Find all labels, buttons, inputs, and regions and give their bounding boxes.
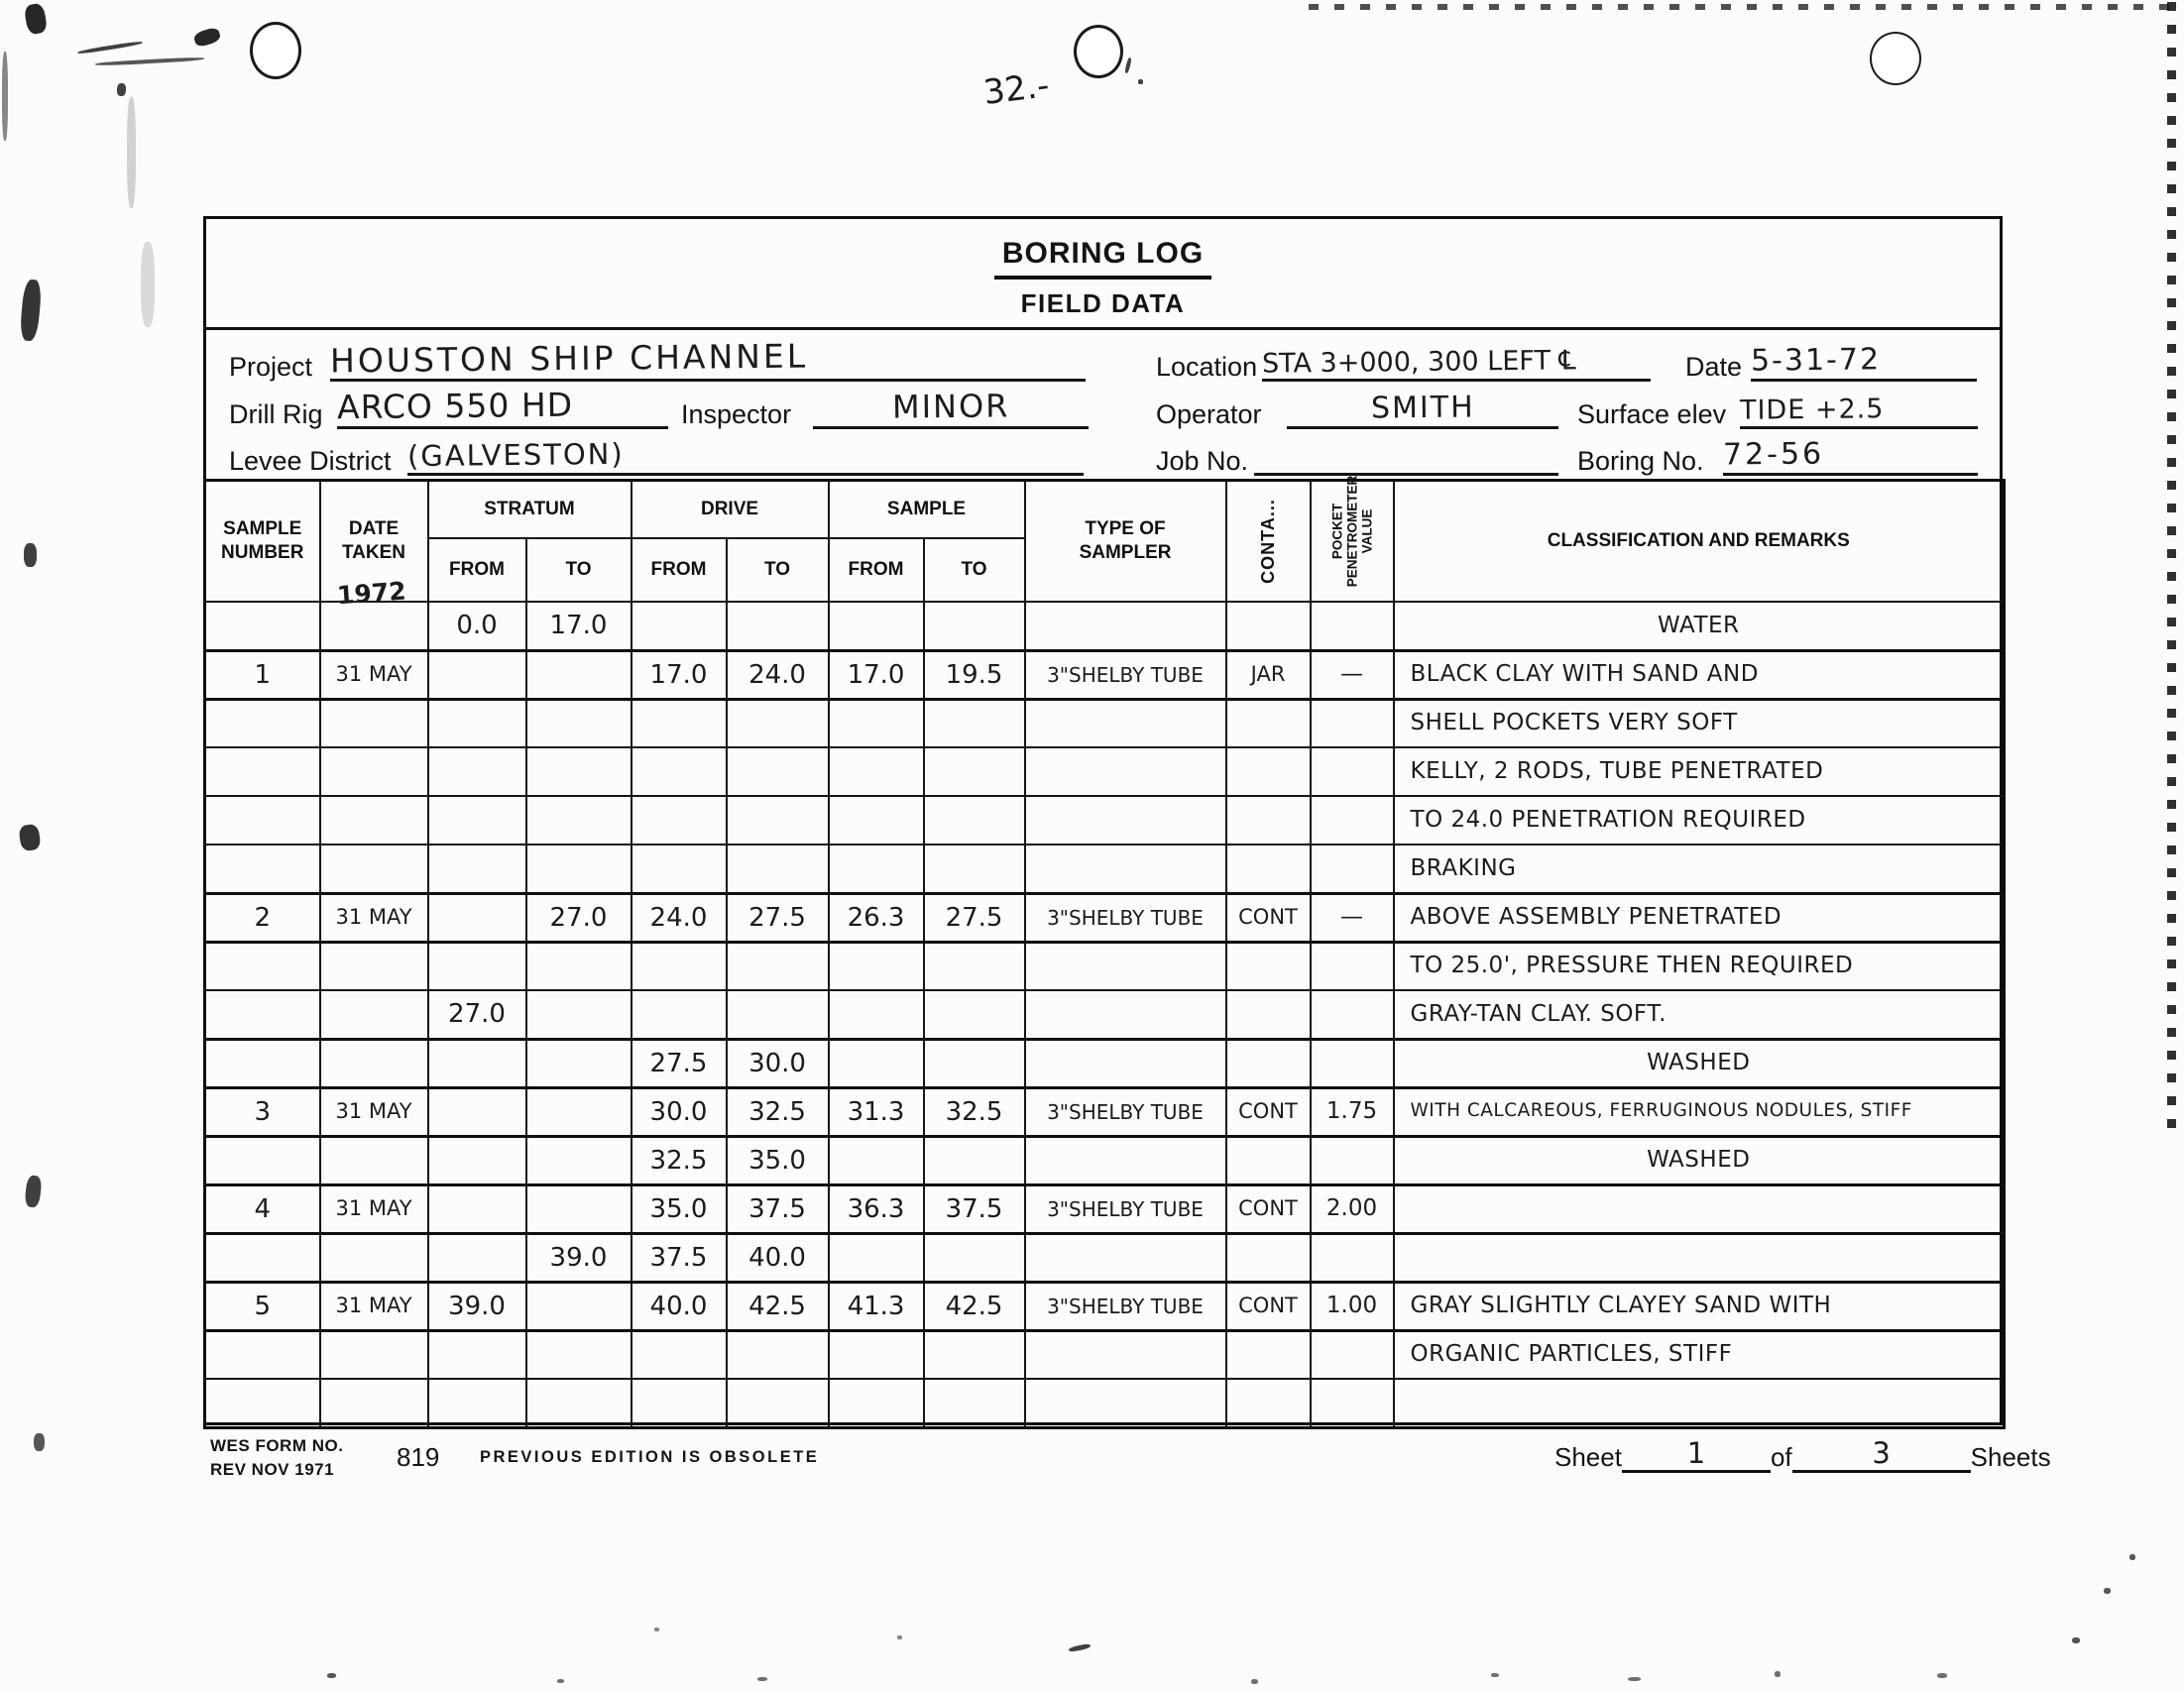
scan-speck	[24, 2, 49, 35]
cell-smp_to	[924, 1039, 1025, 1087]
cell-remarks: WATER	[1394, 602, 2005, 650]
scan-speck	[24, 1175, 42, 1207]
table-row: 231 MAY27.024.027.526.327.53"SHELBY TUBE…	[205, 893, 2005, 942]
drill-rig-label: Drill Rig	[229, 399, 323, 430]
cell-smp_to	[924, 747, 1025, 796]
cell-smp_to	[924, 845, 1025, 893]
cell-s_from	[428, 1087, 526, 1136]
cell-d_to: 32.5	[727, 1087, 829, 1136]
boring-no-label: Boring No.	[1577, 446, 1704, 477]
cell-remarks: KELLY, 2 RODS, TUBE PENETRATED	[1394, 747, 2005, 796]
cell-sampler	[1025, 845, 1226, 893]
cell-date	[320, 845, 428, 893]
cell-s_from	[428, 845, 526, 893]
cell-container	[1226, 1379, 1311, 1427]
scan-dashed-edge-right	[2167, 2, 2176, 1138]
cell-d_to: 35.0	[727, 1136, 829, 1184]
cell-s_to: 17.0	[526, 602, 632, 650]
cell-d_from: 17.0	[632, 650, 727, 699]
header-pocket-text: POCKET PENETROMETER VALUE	[1329, 457, 1374, 606]
cell-smp_from: 36.3	[829, 1184, 924, 1233]
cell-s_from	[428, 747, 526, 796]
cell-s_to	[526, 942, 632, 990]
scan-speck	[2072, 1637, 2080, 1643]
cell-smp_from	[829, 942, 924, 990]
cell-date	[320, 1379, 428, 1427]
cell-pocket	[1311, 942, 1394, 990]
cell-s_from: 39.0	[428, 1282, 526, 1330]
cell-date	[320, 1233, 428, 1282]
scan-speck	[19, 279, 42, 341]
cell-d_to	[727, 990, 829, 1039]
project-label: Project	[229, 352, 312, 383]
scan-dashed-edge-top	[1309, 4, 2181, 10]
table-row: ORGANIC PARTICLES, STIFF	[205, 1330, 2005, 1379]
header-drive-from: FROM	[632, 538, 727, 602]
location-field: STA 3+000, 300 LEFT ℄	[1262, 336, 1651, 382]
cell-d_from	[632, 699, 727, 747]
sheet-label: Sheet	[1554, 1442, 1622, 1473]
cell-pocket	[1311, 747, 1394, 796]
cell-smp_to	[924, 796, 1025, 845]
cell-smp_from: 17.0	[829, 650, 924, 699]
cell-sample: 5	[205, 1282, 320, 1330]
cell-date: 31 MAY	[320, 1087, 428, 1136]
cell-container	[1226, 1136, 1311, 1184]
cell-s_to	[526, 845, 632, 893]
cell-d_to	[727, 602, 829, 650]
job-no-label: Job No.	[1156, 446, 1248, 477]
cell-sampler: 3"SHELBY TUBE	[1025, 893, 1226, 942]
cell-sampler	[1025, 747, 1226, 796]
cell-remarks: BLACK CLAY WITH SAND AND	[1394, 650, 2005, 699]
form-number: 819	[397, 1442, 439, 1473]
cell-sampler: 3"SHELBY TUBE	[1025, 1087, 1226, 1136]
cell-smp_to	[924, 1330, 1025, 1379]
cell-remarks: TO 25.0', PRESSURE THEN REQUIRED	[1394, 942, 2005, 990]
cell-sampler: 3"SHELBY TUBE	[1025, 650, 1226, 699]
scan-speck	[327, 1673, 336, 1678]
header-classification: CLASSIFICATION AND REMARKS	[1394, 481, 2005, 603]
cell-date: 31 MAY	[320, 893, 428, 942]
cell-s_from	[428, 1136, 526, 1184]
drill-rig-value: ARCO 550 HD	[337, 386, 573, 427]
cell-sample: 3	[205, 1087, 320, 1136]
cell-smp_to	[924, 1379, 1025, 1427]
cell-sampler	[1025, 990, 1226, 1039]
cell-s_to	[526, 1184, 632, 1233]
project-value: HOUSTON SHIP CHANNEL	[330, 336, 809, 381]
cell-smp_from	[829, 990, 924, 1039]
table-row: BRAKING	[205, 845, 2005, 893]
cell-sample	[205, 942, 320, 990]
cell-container	[1226, 942, 1311, 990]
operator-value: SMITH	[1370, 390, 1474, 426]
sheet-count-line: Sheet 1 of 3 Sheets	[1554, 1435, 2051, 1473]
scan-speck	[1124, 57, 1132, 73]
cell-s_from	[428, 1233, 526, 1282]
surface-elev-value: TIDE +2.5	[1740, 394, 1885, 427]
cell-pocket	[1311, 602, 1394, 650]
cell-smp_from	[829, 1039, 924, 1087]
cell-sampler	[1025, 602, 1226, 650]
cell-sampler	[1025, 1136, 1226, 1184]
cell-remarks	[1394, 1184, 2005, 1233]
cell-smp_to: 19.5	[924, 650, 1025, 699]
boring-table-body: 0.017.0WATER131 MAY17.024.017.019.53"SHE…	[205, 602, 2005, 1427]
levee-district-field: (GALVESTON)	[407, 430, 1084, 476]
cell-container	[1226, 1233, 1311, 1282]
scan-speck	[1628, 1677, 1641, 1681]
table-row: TO 24.0 PENETRATION REQUIRED	[205, 796, 2005, 845]
scan-speck	[141, 242, 155, 327]
table-row: 27.0GRAY-TAN CLAY. SOFT.	[205, 990, 2005, 1039]
cell-pocket	[1311, 1233, 1394, 1282]
cell-remarks: GRAY SLIGHTLY CLAYEY SAND WITH	[1394, 1282, 2005, 1330]
cell-pocket: —	[1311, 893, 1394, 942]
of-label: of	[1771, 1442, 1792, 1473]
table-row: 431 MAY35.037.536.337.53"SHELBY TUBECONT…	[205, 1184, 2005, 1233]
project-field: HOUSTON SHIP CHANNEL	[330, 336, 1086, 382]
cell-sample	[205, 1136, 320, 1184]
cell-smp_to: 27.5	[924, 893, 1025, 942]
table-row: 32.535.0WASHED	[205, 1136, 2005, 1184]
location-label: Location	[1156, 352, 1257, 383]
cell-d_from	[632, 602, 727, 650]
cell-remarks: ORGANIC PARTICLES, STIFF	[1394, 1330, 2005, 1379]
cell-s_from	[428, 893, 526, 942]
boring-log-table: SAMPLE NUMBER DATE TAKEN1972 STRATUM DRI…	[203, 479, 2006, 1429]
cell-date	[320, 942, 428, 990]
cell-sampler: 3"SHELBY TUBE	[1025, 1282, 1226, 1330]
cell-sample	[205, 747, 320, 796]
table-row: TO 25.0', PRESSURE THEN REQUIRED	[205, 942, 2005, 990]
scan-speck	[654, 1628, 659, 1632]
sheet-number-value: 1	[1687, 1436, 1705, 1470]
cell-container: CONT	[1226, 1282, 1311, 1330]
header-date-taken: DATE TAKEN1972	[320, 481, 428, 603]
header-container: CONTA...	[1226, 481, 1311, 603]
cell-sampler	[1025, 1039, 1226, 1087]
cell-pocket	[1311, 990, 1394, 1039]
scan-speck	[1069, 1643, 1092, 1652]
cell-smp_to: 32.5	[924, 1087, 1025, 1136]
cell-s_from	[428, 1330, 526, 1379]
cell-remarks	[1394, 1379, 2005, 1427]
cell-pocket: 1.00	[1311, 1282, 1394, 1330]
job-no-field	[1254, 430, 1558, 476]
cell-remarks: TO 24.0 PENETRATION REQUIRED	[1394, 796, 2005, 845]
table-row: SHELL POCKETS VERY SOFT	[205, 699, 2005, 747]
scan-speck	[117, 83, 127, 96]
cell-date: 31 MAY	[320, 1184, 428, 1233]
scan-speck	[2104, 1588, 2111, 1594]
scan-speck	[1138, 79, 1143, 84]
header-type-of-sampler: TYPE OF SAMPLER	[1025, 481, 1226, 603]
cell-container	[1226, 747, 1311, 796]
cell-sample	[205, 1233, 320, 1282]
table-row: 531 MAY39.040.042.541.342.53"SHELBY TUBE…	[205, 1282, 2005, 1330]
table-row: 331 MAY30.032.531.332.53"SHELBY TUBECONT…	[205, 1087, 2005, 1136]
cell-d_from: 32.5	[632, 1136, 727, 1184]
table-row: 27.530.0WASHED	[205, 1039, 2005, 1087]
cell-d_to: 40.0	[727, 1233, 829, 1282]
cell-remarks	[1394, 1233, 2005, 1282]
cell-sample	[205, 699, 320, 747]
cell-sample: 4	[205, 1184, 320, 1233]
scan-speck	[95, 56, 204, 66]
scan-speck	[127, 97, 136, 208]
header-container-text: CONTA...	[1257, 499, 1280, 584]
cell-sample	[205, 1379, 320, 1427]
cell-remarks: WASHED	[1394, 1039, 2005, 1087]
levee-district-value: (GALVESTON)	[407, 437, 625, 474]
cell-smp_from: 31.3	[829, 1087, 924, 1136]
surface-elev-label: Surface elev	[1577, 399, 1726, 430]
inspector-label: Inspector	[681, 399, 791, 430]
cell-s_from	[428, 1379, 526, 1427]
cell-container	[1226, 990, 1311, 1039]
table-row: 0.017.0WATER	[205, 602, 2005, 650]
date-value: 5-31-72	[1751, 342, 1881, 379]
header-pocket-penetrometer: POCKET PENETROMETER VALUE	[1311, 481, 1394, 603]
scan-speck	[24, 543, 37, 567]
drill-rig-field: ARCO 550 HD	[337, 384, 668, 429]
cell-d_from: 35.0	[632, 1184, 727, 1233]
cell-container	[1226, 1039, 1311, 1087]
cell-smp_from	[829, 602, 924, 650]
cell-s_to: 27.0	[526, 893, 632, 942]
cell-container: CONT	[1226, 893, 1311, 942]
table-row	[205, 1379, 2005, 1427]
cell-s_from	[428, 1184, 526, 1233]
cell-container: CONT	[1226, 1184, 1311, 1233]
cell-sample	[205, 845, 320, 893]
cell-s_from	[428, 699, 526, 747]
cell-date: 31 MAY	[320, 650, 428, 699]
header-sample-number: SAMPLE NUMBER	[205, 481, 320, 603]
cell-s_from	[428, 650, 526, 699]
cell-sampler	[1025, 796, 1226, 845]
sheet-number-field: 1	[1622, 1435, 1771, 1473]
cell-date	[320, 1330, 428, 1379]
scan-speck	[2, 52, 8, 141]
form-title-block: BORING LOG FIELD DATA	[206, 237, 2000, 319]
cell-s_to: 39.0	[526, 1233, 632, 1282]
cell-s_from	[428, 942, 526, 990]
scan-speck	[34, 1433, 45, 1451]
date-field: 5-31-72	[1751, 336, 1977, 382]
cell-smp_to	[924, 990, 1025, 1039]
operator-label: Operator	[1156, 399, 1262, 430]
scan-speck	[1937, 1673, 1947, 1678]
cell-s_from	[428, 1039, 526, 1087]
cell-pocket	[1311, 699, 1394, 747]
scan-speck	[557, 1679, 564, 1683]
cell-pocket	[1311, 796, 1394, 845]
cell-pocket: 2.00	[1311, 1184, 1394, 1233]
cell-sample	[205, 1039, 320, 1087]
sheets-total-field: 3	[1792, 1435, 1971, 1473]
cell-pocket: 1.75	[1311, 1087, 1394, 1136]
cell-pocket	[1311, 1136, 1394, 1184]
header-drive-to: TO	[727, 538, 829, 602]
cell-sample: 1	[205, 650, 320, 699]
cell-s_to	[526, 1136, 632, 1184]
sheets-total-value: 3	[1872, 1436, 1890, 1470]
sheets-label: Sheets	[1971, 1442, 2051, 1473]
cell-sample	[205, 1330, 320, 1379]
cell-sample: 2	[205, 893, 320, 942]
cell-container	[1226, 602, 1311, 650]
inspector-value: MINOR	[892, 387, 1010, 426]
cell-smp_to: 37.5	[924, 1184, 1025, 1233]
cell-d_to: 27.5	[727, 893, 829, 942]
cell-d_from	[632, 845, 727, 893]
cell-pocket	[1311, 1379, 1394, 1427]
cell-smp_from	[829, 1136, 924, 1184]
cell-d_to: 37.5	[727, 1184, 829, 1233]
cell-smp_from: 41.3	[829, 1282, 924, 1330]
cell-remarks: ABOVE ASSEMBLY PENETRATED	[1394, 893, 2005, 942]
cell-d_to	[727, 1330, 829, 1379]
cell-d_from	[632, 1379, 727, 1427]
cell-sampler	[1025, 699, 1226, 747]
cell-smp_from	[829, 845, 924, 893]
cell-container: JAR	[1226, 650, 1311, 699]
cell-smp_from	[829, 747, 924, 796]
cell-s_to	[526, 699, 632, 747]
cell-date: 31 MAY	[320, 1282, 428, 1330]
scan-speck	[1491, 1673, 1499, 1677]
scan-speck	[18, 824, 41, 852]
header-stratum-to: TO	[526, 538, 632, 602]
cell-s_to	[526, 650, 632, 699]
header-date-taken-text: DATE TAKEN	[342, 518, 405, 563]
cell-sample	[205, 602, 320, 650]
cell-smp_from	[829, 699, 924, 747]
cell-smp_to	[924, 1233, 1025, 1282]
cell-d_from: 30.0	[632, 1087, 727, 1136]
cell-remarks: WITH CALCAREOUS, FERRUGINOUS NODULES, ST…	[1394, 1087, 2005, 1136]
scan-speck	[2129, 1554, 2135, 1560]
cell-d_to: 24.0	[727, 650, 829, 699]
cell-s_to	[526, 796, 632, 845]
levee-district-label: Levee District	[229, 446, 392, 477]
form-title: BORING LOG	[994, 237, 1211, 280]
cell-s_to	[526, 1330, 632, 1379]
cell-smp_from	[829, 1379, 924, 1427]
cell-s_to	[526, 1379, 632, 1427]
cell-date	[320, 699, 428, 747]
form-number-label-line2: REV NOV 1971	[210, 1460, 334, 1480]
scanned-boring-log-page: { "annotations": { "top_note": "32.-" },…	[0, 0, 2184, 1690]
cell-smp_to	[924, 1136, 1025, 1184]
title-divider	[206, 327, 2000, 330]
cell-d_to	[727, 796, 829, 845]
cell-d_from: 37.5	[632, 1233, 727, 1282]
cell-d_from	[632, 1330, 727, 1379]
cell-pocket	[1311, 845, 1394, 893]
cell-sample	[205, 990, 320, 1039]
cell-remarks: GRAY-TAN CLAY. SOFT.	[1394, 990, 2005, 1039]
scan-speck	[77, 41, 143, 55]
cell-s_from: 0.0	[428, 602, 526, 650]
cell-smp_from	[829, 1233, 924, 1282]
cell-d_to	[727, 699, 829, 747]
cell-remarks: BRAKING	[1394, 845, 2005, 893]
scan-speck	[897, 1635, 902, 1639]
form-subtitle: FIELD DATA	[206, 288, 2000, 319]
cell-pocket	[1311, 1330, 1394, 1379]
header-sample-to: TO	[924, 538, 1025, 602]
cell-sampler	[1025, 1330, 1226, 1379]
header-stratum: STRATUM	[428, 481, 632, 539]
obsolete-note: PREVIOUS EDITION IS OBSOLETE	[480, 1448, 819, 1467]
date-label: Date	[1685, 352, 1742, 383]
cell-d_to	[727, 942, 829, 990]
cell-container	[1226, 796, 1311, 845]
cell-container	[1226, 699, 1311, 747]
cell-smp_from	[829, 1330, 924, 1379]
cell-s_to	[526, 1087, 632, 1136]
cell-d_from: 24.0	[632, 893, 727, 942]
cell-date	[320, 990, 428, 1039]
cell-date	[320, 796, 428, 845]
header-drive: DRIVE	[632, 481, 829, 539]
cell-d_to	[727, 1379, 829, 1427]
cell-d_from	[632, 796, 727, 845]
cell-date	[320, 1136, 428, 1184]
cell-date	[320, 602, 428, 650]
cell-s_from	[428, 796, 526, 845]
cell-smp_to	[924, 699, 1025, 747]
header-year-handwritten: 1972	[335, 575, 406, 611]
form-number-label-line1: WES FORM NO.	[210, 1436, 343, 1456]
scan-speck	[192, 26, 221, 48]
header-sample: SAMPLE	[829, 481, 1025, 539]
cell-date	[320, 747, 428, 796]
cell-sampler	[1025, 942, 1226, 990]
cell-d_from: 27.5	[632, 1039, 727, 1087]
cell-smp_from	[829, 796, 924, 845]
cell-smp_to	[924, 942, 1025, 990]
handwritten-page-note: 32.-	[981, 65, 1052, 113]
cell-pocket: —	[1311, 650, 1394, 699]
cell-d_to: 42.5	[727, 1282, 829, 1330]
cell-s_to	[526, 747, 632, 796]
cell-d_to	[727, 845, 829, 893]
table-row: KELLY, 2 RODS, TUBE PENETRATED	[205, 747, 2005, 796]
cell-sample	[205, 796, 320, 845]
boring-no-value: 72-56	[1723, 436, 1825, 473]
cell-d_from	[632, 747, 727, 796]
cell-d_to: 30.0	[727, 1039, 829, 1087]
cell-smp_to: 42.5	[924, 1282, 1025, 1330]
cell-pocket	[1311, 1039, 1394, 1087]
hole-punch	[1870, 32, 1921, 85]
cell-smp_from: 26.3	[829, 893, 924, 942]
header-sample-from: FROM	[829, 538, 924, 602]
scan-speck	[757, 1677, 767, 1681]
hole-punch	[1074, 25, 1123, 78]
cell-container	[1226, 845, 1311, 893]
cell-s_to	[526, 990, 632, 1039]
cell-d_from	[632, 990, 727, 1039]
inspector-field: MINOR	[813, 384, 1089, 429]
cell-date	[320, 1039, 428, 1087]
cell-smp_to	[924, 602, 1025, 650]
